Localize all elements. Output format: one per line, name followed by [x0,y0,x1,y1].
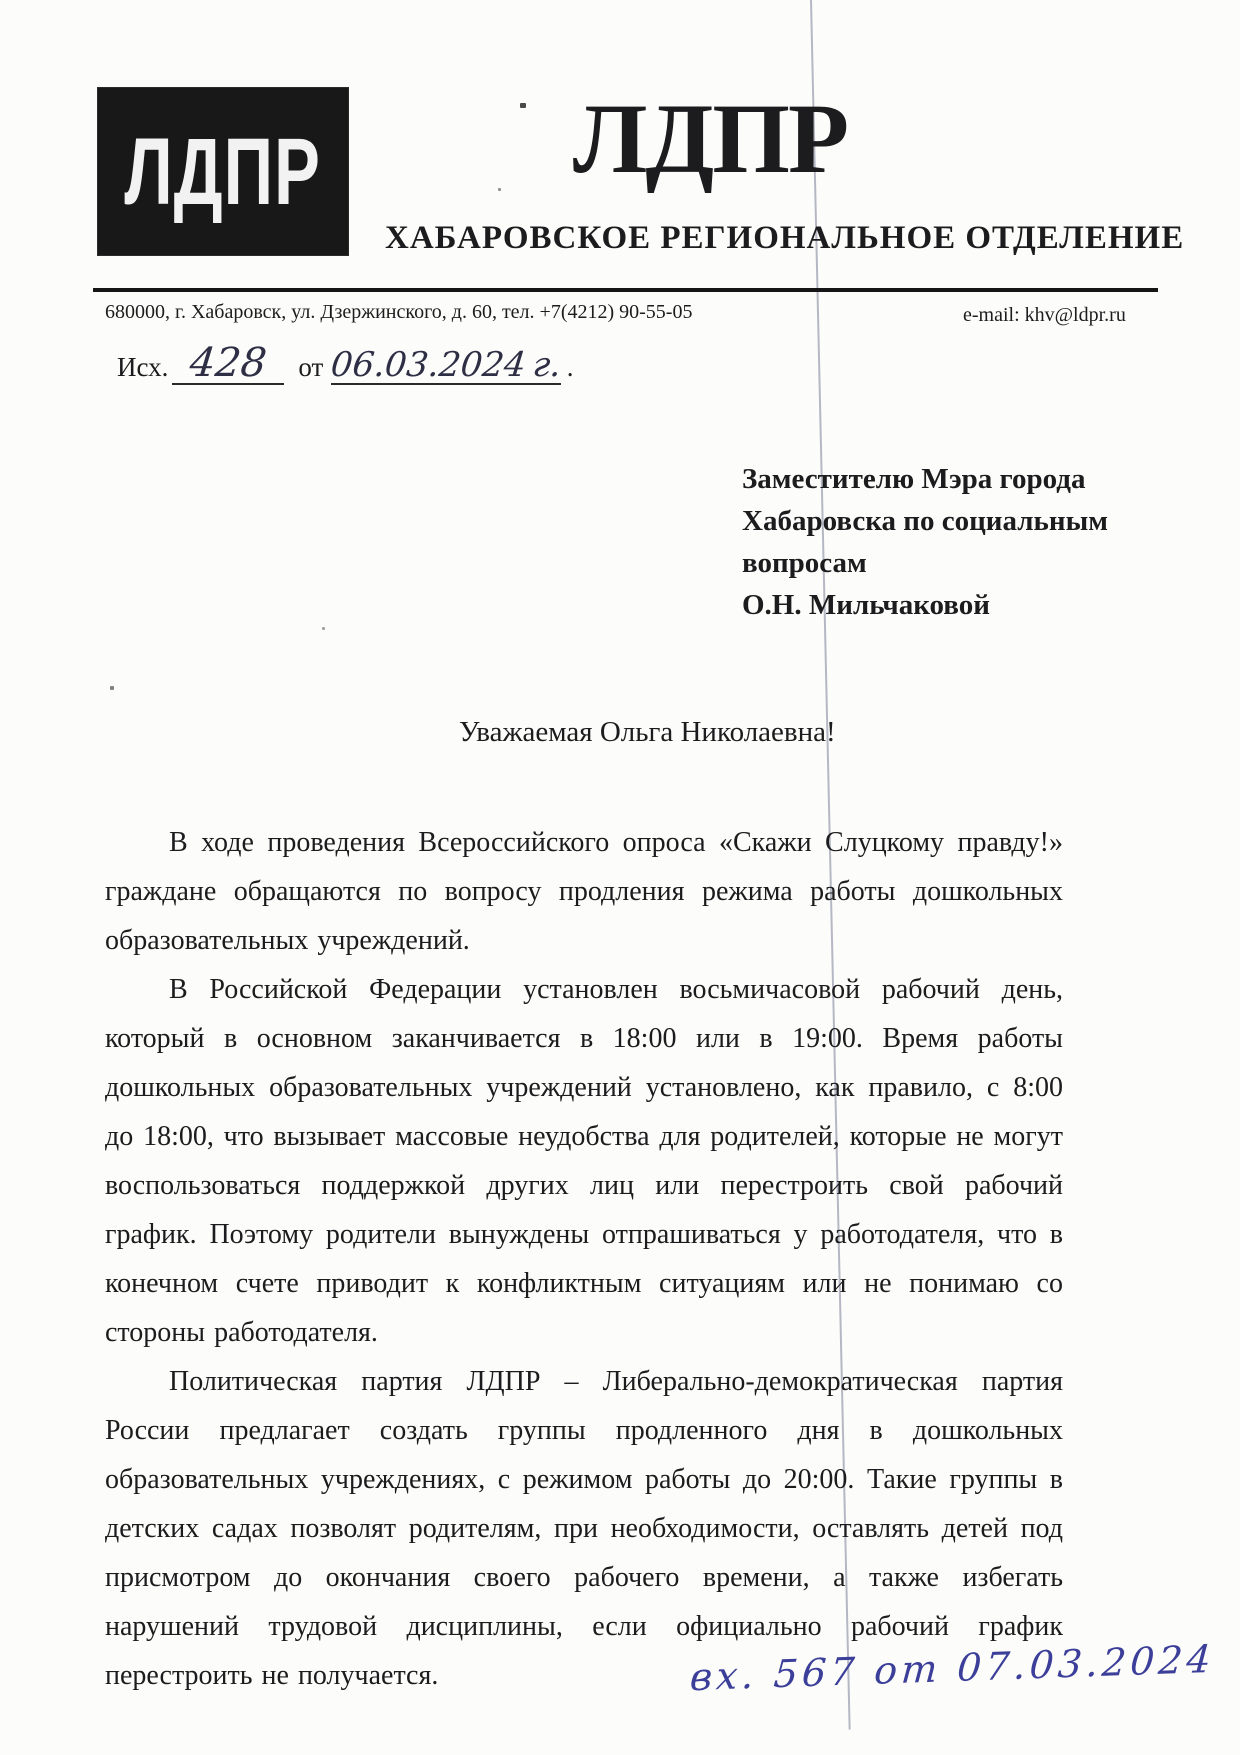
from-label: от [298,352,323,382]
outgoing-date-field: 06.03.2024 г. [331,347,560,385]
scan-speck [322,627,325,630]
recipient-line: О.Н. Мильчаковой [742,584,1108,626]
email-line: e-mail: khv@ldpr.ru [963,304,1126,327]
scan-speck [110,686,114,690]
date-suffix: г. [531,347,563,383]
scan-speck [520,103,526,108]
letter-body: В ходе проведения Всероссийского опроса … [105,818,1063,1700]
address-line: 680000, г. Хабаровск, ул. Дзержинского, … [105,301,692,324]
recipient-line: вопросам [742,542,1108,584]
recipient-line: Заместителю Мэра города [742,458,1108,500]
scan-speck [498,188,501,191]
salutation: Уважаемая Ольга Николаевна! [459,716,836,749]
outgoing-date-handwritten: 06.03.2024 [329,347,527,383]
scanned-letter-page: ЛДПР ЛДПР ХАБАРОВСКОЕ РЕГИОНАЛЬНОЕ ОТДЕЛ… [0,0,1240,1755]
body-paragraph: В ходе проведения Всероссийского опроса … [105,818,1063,965]
trailing-dot: . [567,352,574,382]
letterhead-subtitle: ХАБАРОВСКОЕ РЕГИОНАЛЬНОЕ ОТДЕЛЕНИЕ [385,220,1184,257]
body-paragraph: В Российской Федерации установлен восьми… [105,965,1063,1357]
reference-line: Исх.428от06.03.2024 г.. [117,345,574,385]
letterhead-title: ЛДПР [573,86,847,191]
header-divider [93,288,1158,292]
outgoing-number-field: 428 [172,345,284,385]
ldpr-logo: ЛДПР [98,88,348,255]
outgoing-label: Исх. [117,352,168,382]
ldpr-logo-text: ЛДПР [125,124,321,219]
outgoing-number-handwritten: 428 [188,345,268,381]
recipient-line: Хабаровска по социальным [742,500,1108,542]
recipient-block: Заместителю Мэра города Хабаровска по со… [742,458,1108,626]
